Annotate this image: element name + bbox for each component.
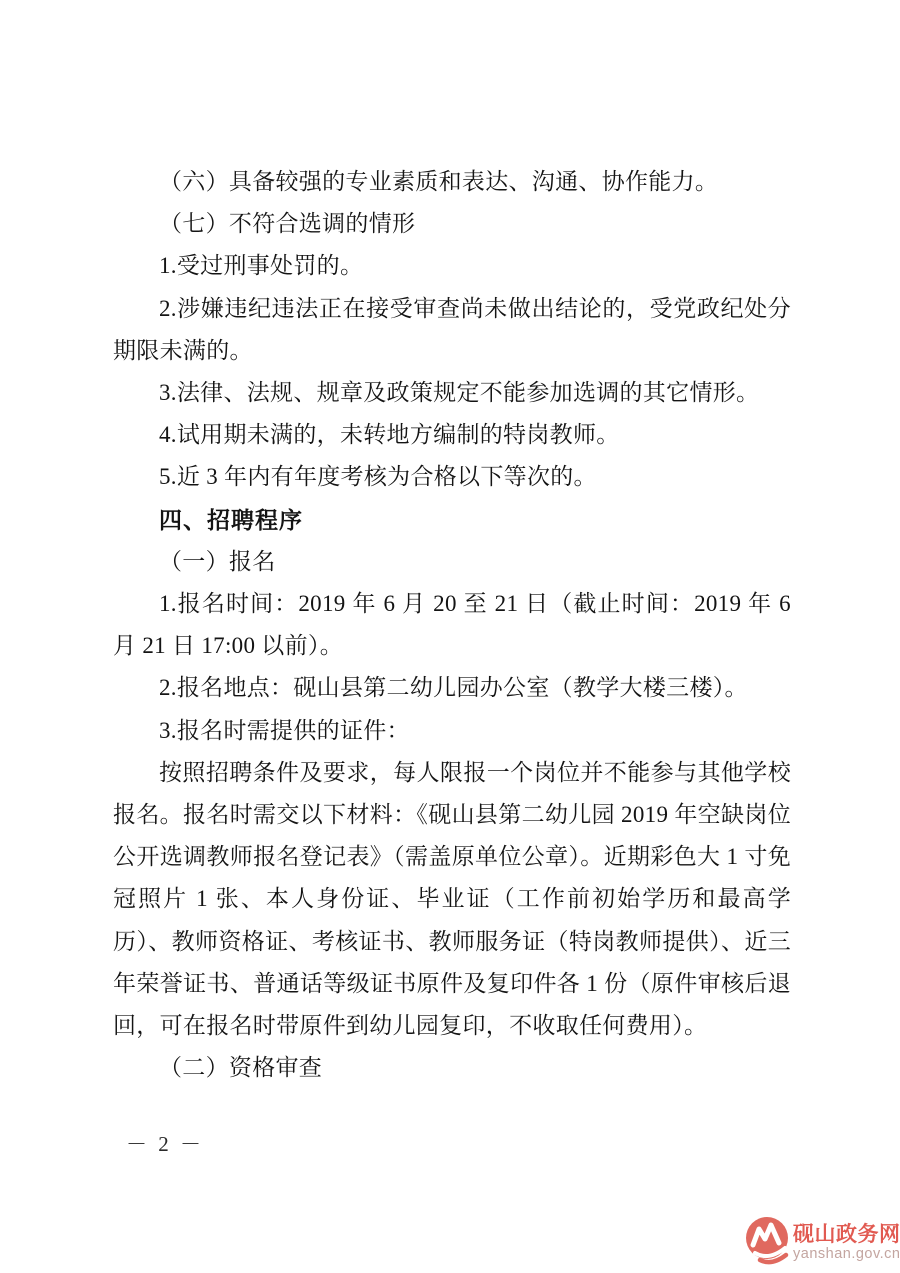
paragraph-item-1: 1.受过刑事处罚的。 — [113, 245, 791, 287]
paragraph-clause-7: （七）不符合选调的情形 — [113, 203, 791, 245]
paragraph-item-5: 5.近 3 年内有年度考核为合格以下等次的。 — [113, 456, 791, 498]
watermark-site-url: yanshan.gov.cn — [793, 1246, 900, 1262]
page-number: － 2 － — [126, 1128, 204, 1158]
document-body: （六）具备较强的专业素质和表达、沟通、协作能力。 （七）不符合选调的情形 1.受… — [113, 161, 791, 1089]
paragraph-signup-time: 1.报名时间：2019 年 6 月 20 至 21 日（截止时间：2019 年 … — [113, 583, 791, 667]
paragraph-subsection-qualification-review: （二）资格审查 — [113, 1047, 791, 1089]
paragraph-clause-6: （六）具备较强的专业素质和表达、沟通、协作能力。 — [113, 161, 791, 203]
yanshan-gov-watermark: 砚山政务网 yanshan.gov.cn — [744, 1216, 900, 1266]
watermark-site-name: 砚山政务网 — [793, 1223, 900, 1246]
paragraph-subsection-signup: （一）报名 — [113, 541, 791, 583]
paragraph-signup-place: 2.报名地点：砚山县第二幼儿园办公室（教学大楼三楼）。 — [113, 667, 791, 709]
document-page: （六）具备较强的专业素质和表达、沟通、协作能力。 （七）不符合选调的情形 1.受… — [0, 0, 900, 1273]
yanshan-logo-icon — [744, 1216, 790, 1266]
watermark-text-block: 砚山政务网 yanshan.gov.cn — [793, 1223, 900, 1262]
paragraph-item-3: 3.法律、法规、规章及政策规定不能参加选调的其它情形。 — [113, 372, 791, 414]
paragraph-signup-documents-detail: 按照招聘条件及要求，每人限报一个岗位并不能参与其他学校报名。报名时需交以下材料：… — [113, 752, 791, 1047]
section-heading-recruitment-procedure: 四、招聘程序 — [113, 499, 791, 541]
paragraph-signup-documents-title: 3.报名时需提供的证件： — [113, 710, 791, 752]
paragraph-item-4: 4.试用期未满的，未转地方编制的特岗教师。 — [113, 414, 791, 456]
paragraph-item-2: 2.涉嫌违纪违法正在接受审查尚未做出结论的，受党政纪处分期限未满的。 — [113, 288, 791, 372]
